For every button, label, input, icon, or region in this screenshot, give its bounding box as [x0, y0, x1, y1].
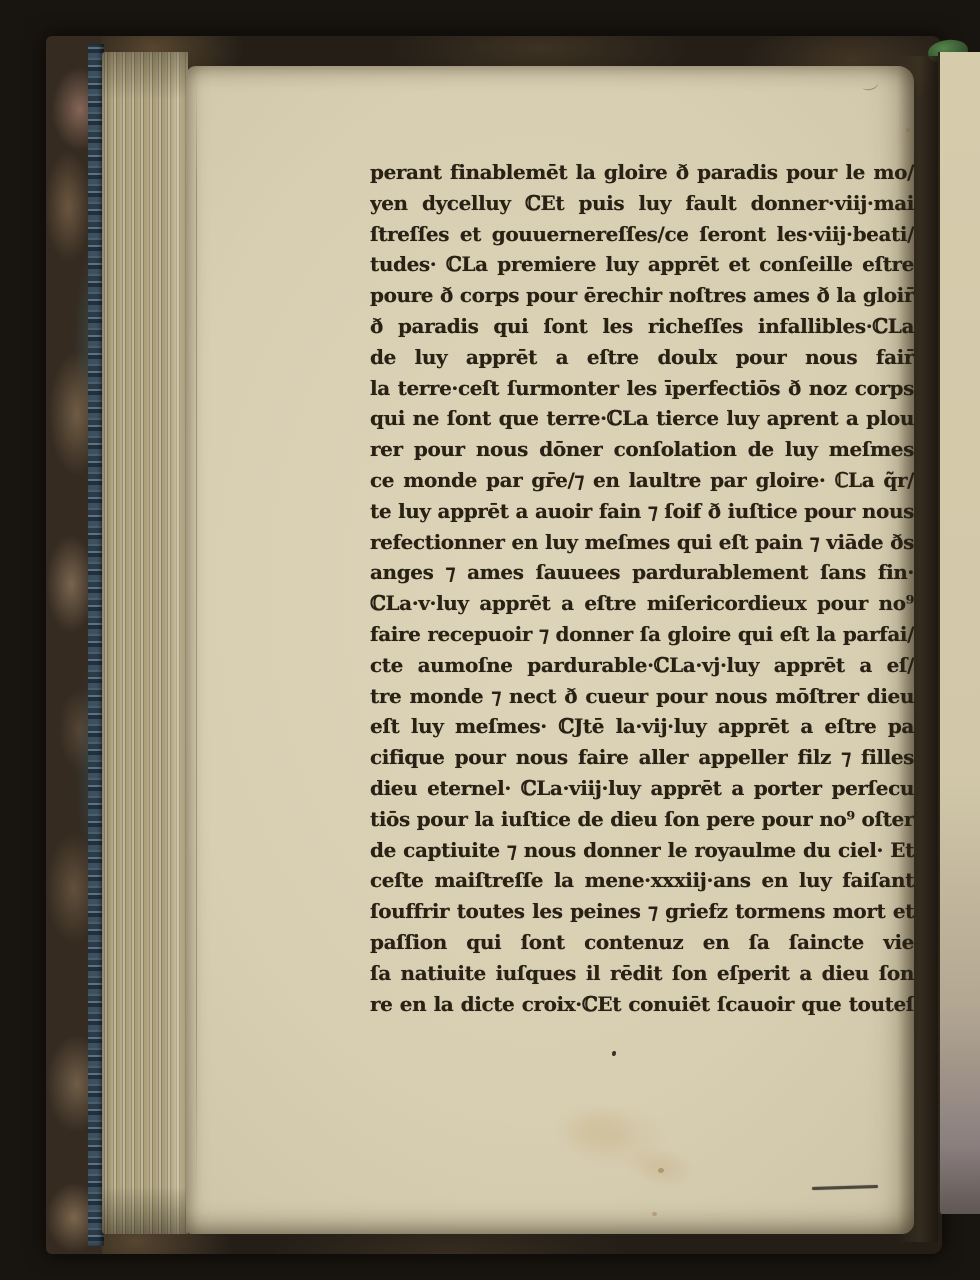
text-line: refectionner en luy meſmes qui eſt pain … — [370, 527, 914, 558]
foxing-spot — [658, 1168, 664, 1173]
text-line: ceſte maiſtreſſe la mene·xxxiij·ans en l… — [370, 865, 914, 896]
foxing-spot — [906, 128, 910, 132]
page-edge-stack — [102, 52, 188, 1234]
text-line: tre monde ⁊ nect ð cueur pour nous mōſtr… — [370, 681, 914, 712]
text-line: ſa natiuite iuſques il rēdit ſon eſperit… — [370, 958, 914, 989]
text-line: ſtreſſes et gouuernereſſes/ce ſeront les… — [370, 219, 914, 250]
text-line: qui ne ſont que terre·ℂLa tierce luy apr… — [370, 403, 914, 434]
photo-background: perant finablemēt la gloire ð paradis po… — [0, 0, 980, 1280]
text-line: yen dycelluy ℂEt puis luy fault donner·v… — [370, 188, 914, 219]
text-line: tiōs pour la iuſtice de dieu ſon pere po… — [370, 804, 914, 835]
text-line: ℂLa·v·luy apprēt a eſtre miſericordieux … — [370, 588, 914, 619]
text-line: ce monde par gr̄e/⁊ en laultre par gloir… — [370, 465, 914, 496]
foxing-spot — [652, 1212, 657, 1216]
text-line: dieu eternel· ℂLa·viij·luy apprēt a port… — [370, 773, 914, 804]
text-line: eſt luy meſmes· ℂJtē la·vij·luy apprēt a… — [370, 711, 914, 742]
text-line: faire recepuoir ⁊ donner ſa gloire qui e… — [370, 619, 914, 650]
text-line: rer pour nous dōner conſolation de luy m… — [370, 434, 914, 465]
text-line: cte aumoſne pardurable·ℂLa·vj·luy apprēt… — [370, 650, 914, 681]
text-line: anges ⁊ ames ſauuees pardurablement ſans… — [370, 557, 914, 588]
text-line: paſſion qui ſont contenuz en ſa ſaincte … — [370, 927, 914, 958]
page-text: perant finablemēt la gloire ð paradis po… — [370, 157, 914, 1019]
paper-stain — [640, 1150, 696, 1190]
next-page-edge — [938, 52, 980, 1214]
text-line: poure ð corps pour ērechir noſtres ames … — [370, 280, 914, 311]
text-line: de luy apprēt a eſtre doulx pour nous fa… — [370, 342, 914, 373]
text-line: de captiuite ⁊ nous donner le royaulme d… — [370, 835, 914, 866]
text-line: perant finablemēt la gloire ð paradis po… — [370, 157, 914, 188]
text-line: ſouffrir toutes les peines ⁊ griefz torm… — [370, 896, 914, 927]
text-line: tudes· ℂLa premiere luy apprēt et conſei… — [370, 249, 914, 280]
text-line: la terre·ceſt ſurmonter les īperfectiōs … — [370, 373, 914, 404]
text-line: cifique pour nous faire aller appeller f… — [370, 742, 914, 773]
text-line: te luy apprēt a auoir fain ⁊ ſoif ð iuſt… — [370, 496, 914, 527]
text-line: re en la dicte croix·ℂEt conuiēt ſcauoir… — [370, 989, 914, 1020]
text-line: ð paradis qui ſont les richeſſes infalli… — [370, 311, 914, 342]
